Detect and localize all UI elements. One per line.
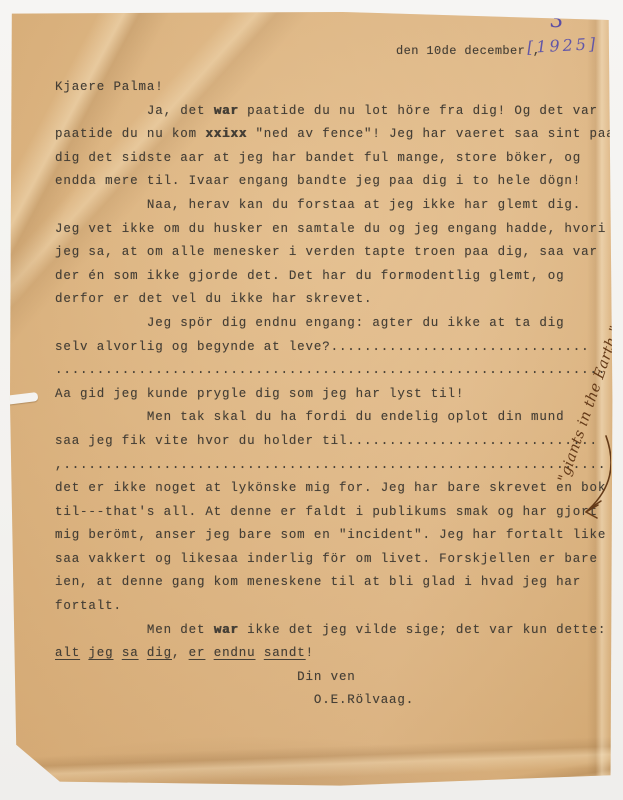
year-annotation: [1925] [527, 34, 599, 57]
letter-line: det er ikke noget at lykönske mig for. J… [55, 477, 615, 501]
date-typed: den 10de december , [396, 44, 540, 58]
letter-line: Din ven [55, 666, 615, 690]
letter-line: ien, at denne gang kom meneskene til at … [55, 571, 615, 595]
letter-line: der én som ikke gjorde det. Det har du f… [55, 265, 615, 289]
letter-line: Men tak skal du ha fordi du endelig oplo… [55, 406, 615, 430]
letter-line: derfor er det vel du ikke har skrevet. [55, 288, 615, 312]
letter-line: til---that's all. At denne er faldt i pu… [55, 501, 615, 525]
letter-line: alt jeg sa dig, er endnu sandt! [55, 642, 615, 666]
letter-line: fortalt. [55, 595, 615, 619]
letter-line: endda mere til. Ivaar engang bandte jeg … [55, 170, 615, 194]
letter-line: Men det war ikke det jeg vilde sige; det… [55, 619, 615, 643]
letter-line: Jeg spör dig endnu engang: agter du ikke… [55, 312, 615, 336]
letter-line: Kjaere Palma! [55, 76, 615, 100]
letter-line: jeg sa, at om alle menesker i verden tap… [55, 241, 615, 265]
letter-line: O.E.Rölvaag. [55, 689, 615, 713]
letter-line: Naa, herav kan du forstaa at jeg ikke ha… [55, 194, 615, 218]
letter-line: Ja, det war paatide du nu lot höre fra d… [55, 100, 615, 124]
letter-line: ,.......................................… [55, 454, 615, 478]
letter-line: Aa gid jeg kunde prygle dig som jeg har … [55, 383, 615, 407]
typed-text: Kjaere Palma! Ja, det war paatide du nu … [55, 76, 615, 713]
letter-line: saa vakkert og likesaa inderlig för om l… [55, 548, 615, 572]
letter-line: ........................................… [55, 359, 615, 383]
letter-line: selv alvorlig og begynde at leve?.......… [55, 336, 615, 360]
letter-line: paatide du nu kom xxixx "ned av fence"! … [55, 123, 615, 147]
letter-line: saa jeg fik vite hvor du holder til.....… [55, 430, 615, 454]
ink-arrow-icon [556, 434, 611, 522]
letter-paper: 3 den 10de december , [1925] Kjaere Palm… [0, 0, 623, 800]
letter-line: dig det sidste aar at jeg har bandet ful… [55, 147, 615, 171]
letter-line: Jeg vet ikke om du husker en samtale du … [55, 218, 615, 242]
letter-line: mig berömt, anser jeg bare som en "incid… [55, 524, 615, 548]
